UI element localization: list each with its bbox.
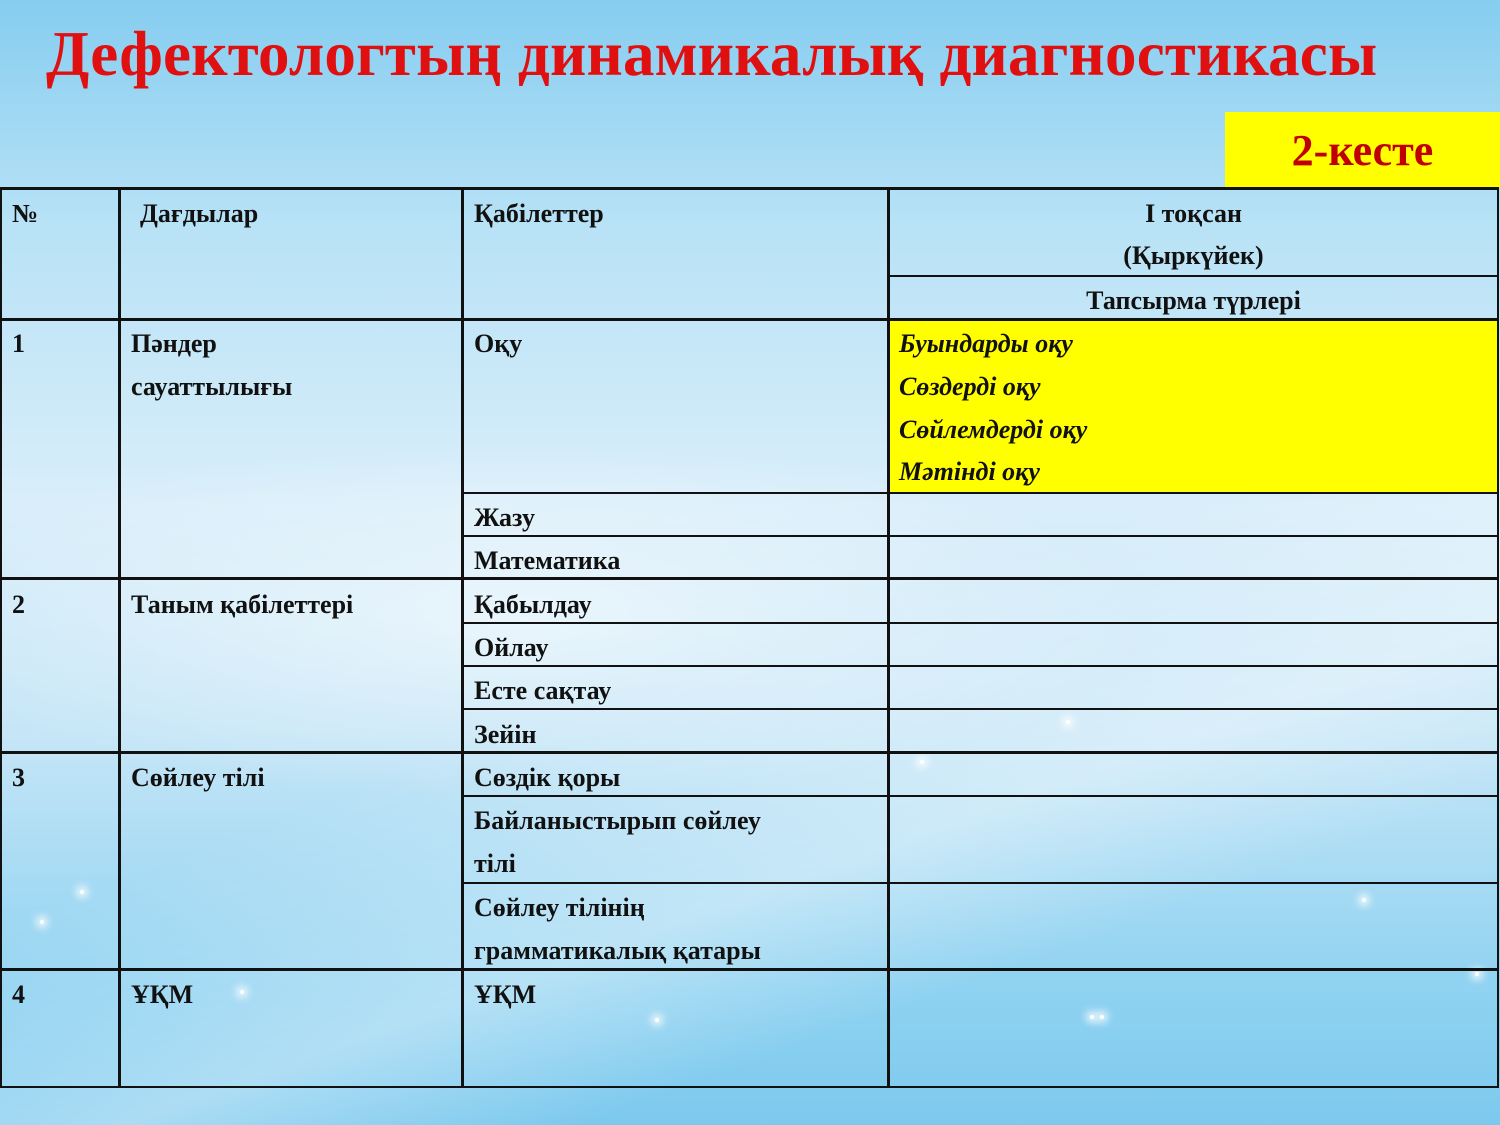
ability-name: Математика (474, 539, 620, 582)
table-border-top (0, 187, 1499, 190)
ability-name: Оқу (474, 322, 522, 365)
header-skills: Дағдылар (140, 192, 258, 235)
header-quarter: І тоқсан (Қыркүйек) (890, 192, 1497, 277)
task-item: Буындарды оқу (899, 322, 1087, 365)
column-divider (118, 187, 121, 1088)
ability-name: Сөздік қоры (474, 756, 620, 799)
group-divider (0, 751, 1499, 754)
sparkle-decoration (1362, 898, 1366, 902)
column-divider (887, 187, 890, 1088)
ability-name: Ойлау (474, 626, 548, 669)
skill-name-line: сауаттылығы (131, 365, 292, 408)
row-divider (462, 708, 1499, 710)
row-divider (462, 622, 1499, 624)
ability-name: ҰҚМ (474, 973, 536, 1016)
slide-title: Дефектологтың динамикалық диагностикасы (46, 18, 1496, 90)
table-border-bottom (0, 1086, 1499, 1088)
sparkle-decoration (1475, 972, 1479, 976)
sparkle-decoration (40, 920, 44, 924)
ability-name: Байланыстырып сөйлеу тілі (474, 799, 761, 885)
ability-name-line: тілі (474, 842, 761, 885)
skill-name: Сөйлеу тілі (131, 756, 265, 799)
task-item: Сөйлемдерді оқу (899, 408, 1087, 451)
skill-name: Таным қабілеттері (131, 583, 353, 626)
ability-name: Сөйлеу тілінің грамматикалық қатары (474, 886, 761, 972)
ability-name: Зейін (474, 713, 536, 756)
row-number: 4 (12, 973, 25, 1016)
skill-name: Пәндер сауаттылығы (131, 322, 292, 408)
skill-name: ҰҚМ (131, 973, 193, 1016)
header-quarter-title: І тоқсан (890, 192, 1497, 235)
header-abilities: Қабілеттер (474, 192, 604, 235)
ability-name-line: грамматикалық қатары (474, 929, 761, 972)
ability-name-line: Байланыстырып сөйлеу (474, 799, 761, 842)
ability-name: Есте сақтау (474, 669, 611, 712)
sparkle-decoration (655, 1018, 659, 1022)
task-item: Мәтінді оқу (899, 450, 1087, 493)
column-divider (461, 187, 464, 1088)
table-border-left (0, 187, 2, 1088)
sparkle-decoration (1066, 720, 1070, 724)
sparkle-decoration (1090, 1015, 1094, 1019)
row-number: 3 (12, 756, 25, 799)
task-item: Сөздерді оқу (899, 365, 1087, 408)
row-divider (462, 535, 1499, 537)
header-number: № (12, 192, 38, 235)
sparkle-decoration (920, 760, 924, 764)
task-list: Буындарды оқу Сөздерді оқу Сөйлемдерді о… (899, 322, 1087, 493)
ability-name: Жазу (474, 496, 535, 539)
sparkle-decoration (1100, 1015, 1104, 1019)
table-border-right (1497, 187, 1499, 1088)
row-divider (462, 665, 1499, 667)
header-quarter-month: (Қыркүйек) (890, 234, 1497, 277)
sparkle-decoration (80, 890, 84, 894)
sparkle-decoration (240, 990, 244, 994)
table-number-badge: 2-кесте (1225, 112, 1500, 188)
ability-name-line: Сөйлеу тілінің (474, 886, 761, 929)
group-divider (0, 577, 1499, 580)
ability-name: Қабылдау (474, 583, 592, 626)
row-number: 2 (12, 583, 25, 626)
skill-name-line: Пәндер (131, 322, 292, 365)
row-number: 1 (12, 322, 25, 365)
header-task-types: Тапсырма түрлері (890, 279, 1497, 322)
